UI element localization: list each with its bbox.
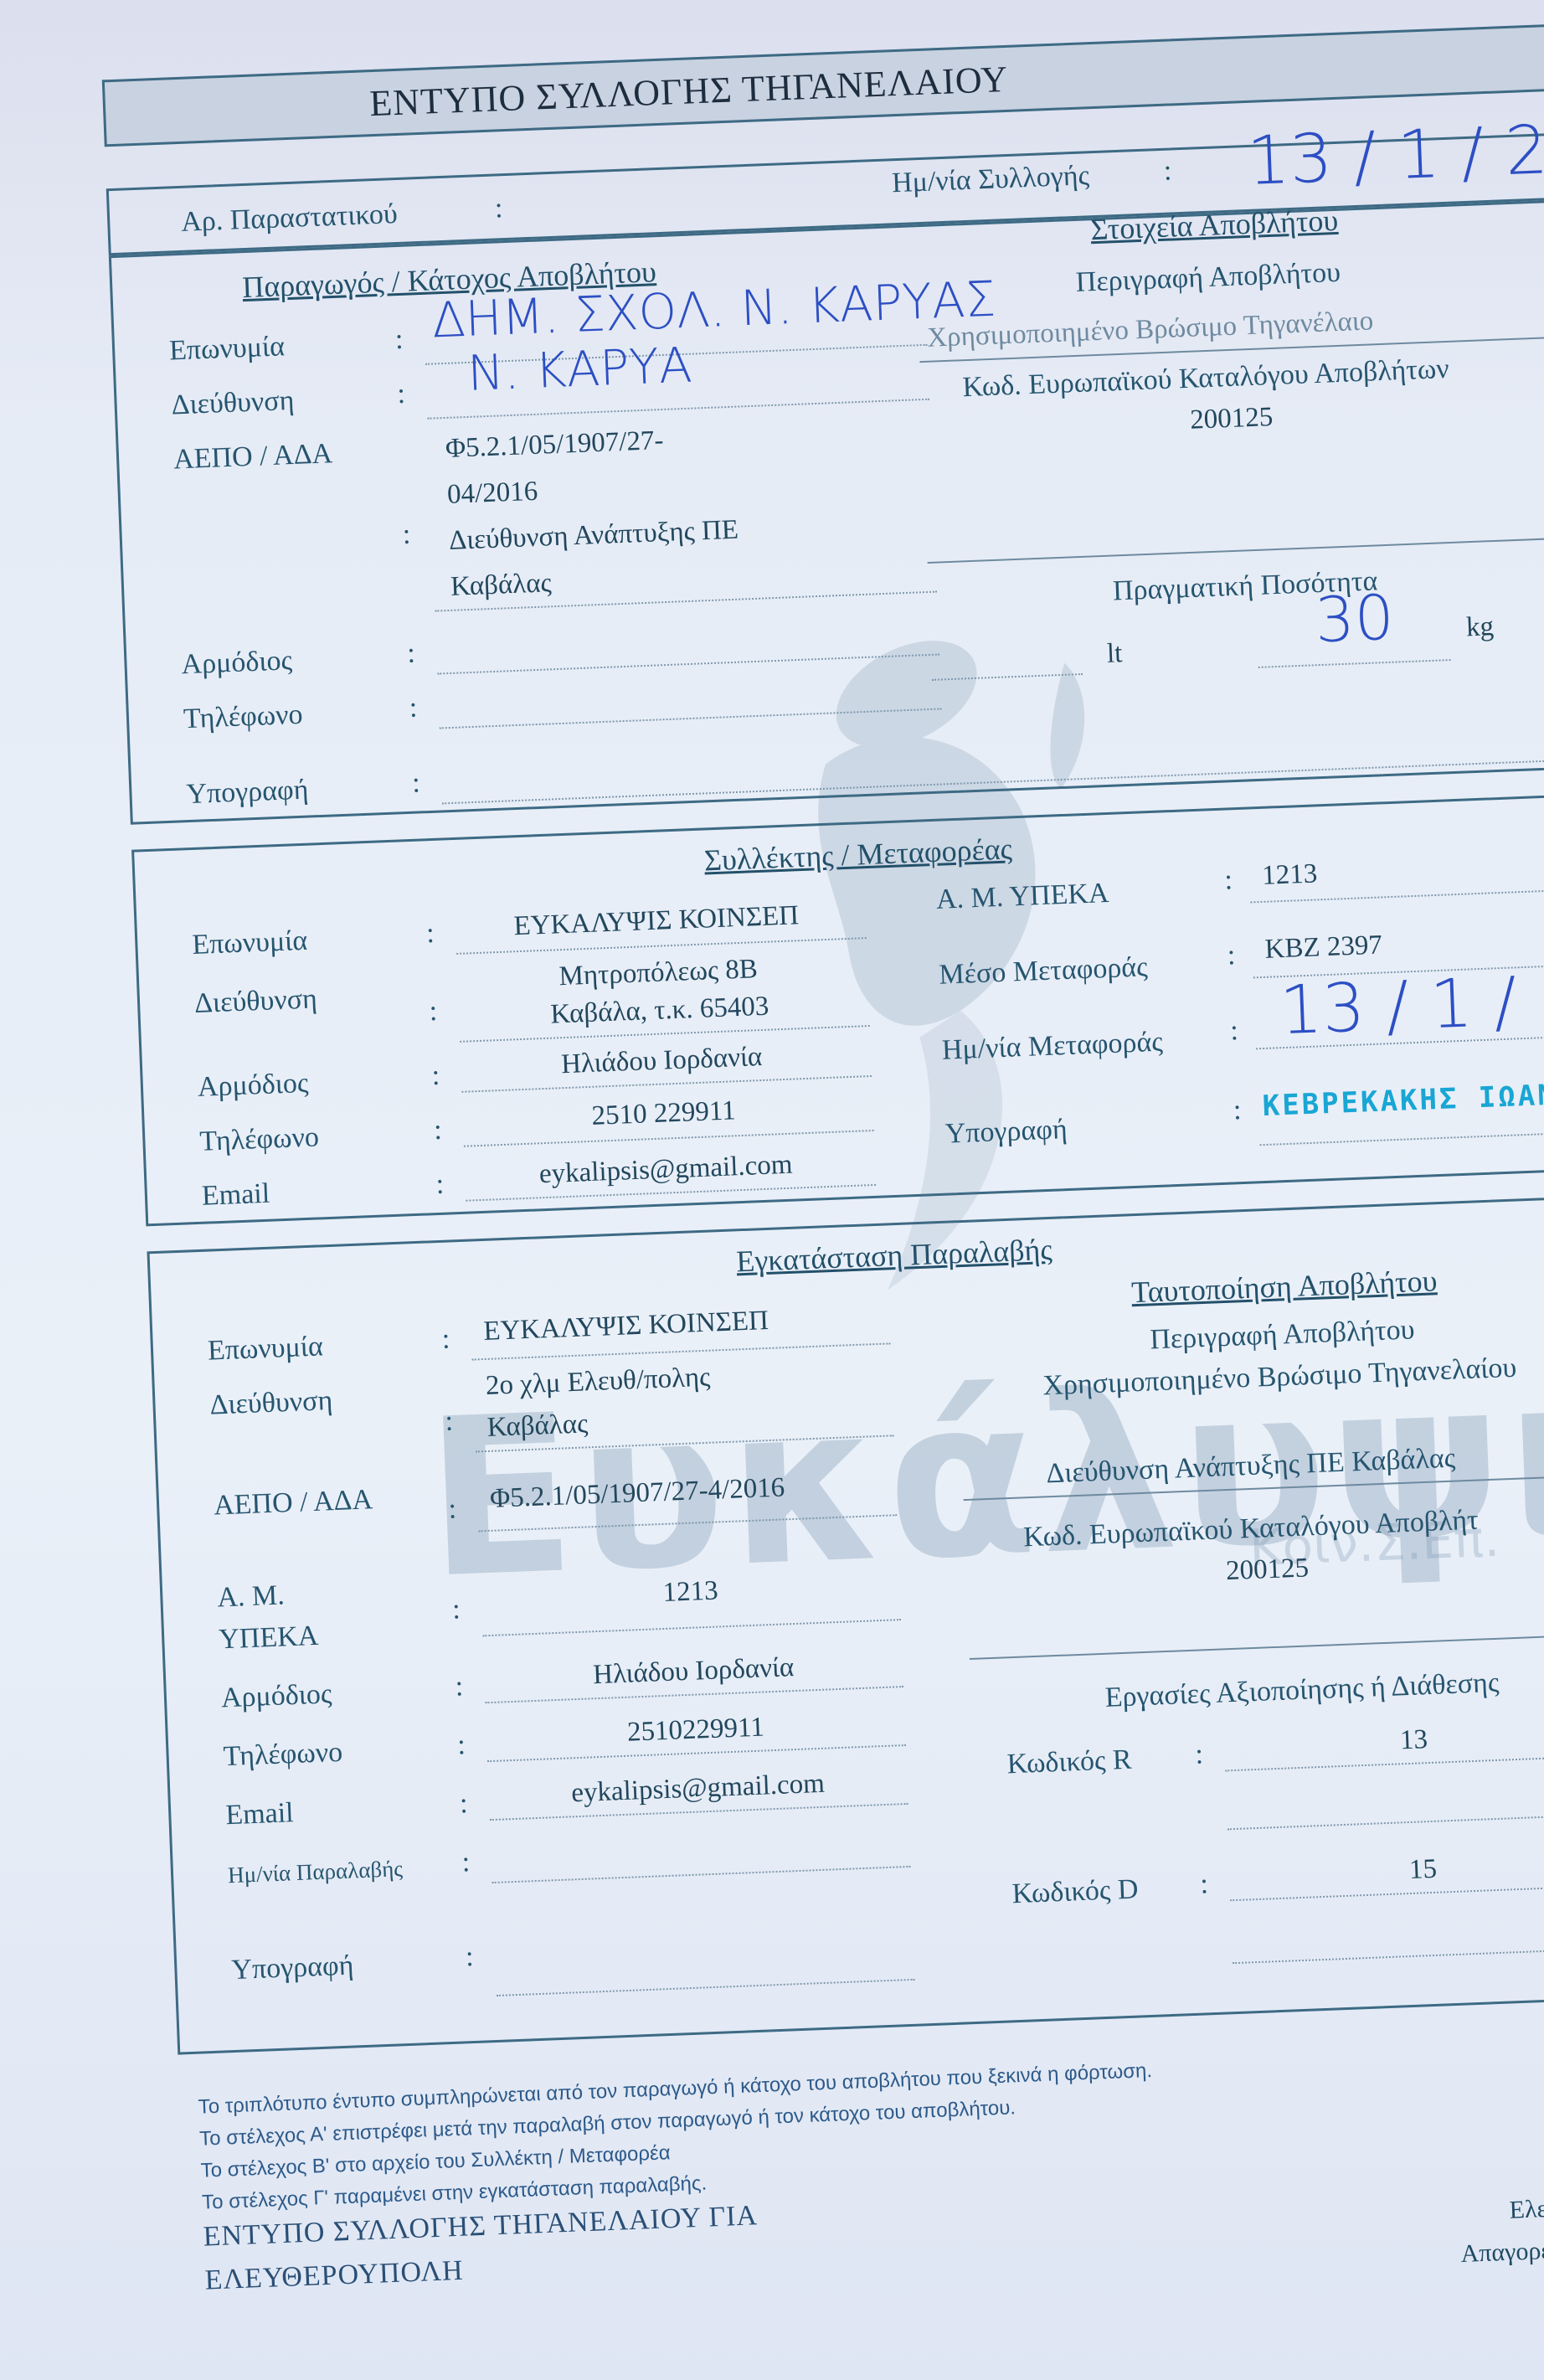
facility-address-value-1: 2ο χλμ Ελευθ/πολης xyxy=(485,1363,711,1402)
collector-registry-value: 1213 xyxy=(1262,858,1318,892)
vehicle-label: Μέσο Μεταφοράς xyxy=(939,951,1148,992)
colon: : xyxy=(448,1493,457,1525)
colon: : xyxy=(433,1115,442,1146)
colon: : xyxy=(409,693,418,724)
form-title: ΕΝΤΥΠΟ ΣΥΛΛΟΓΗΣ ΤΗΓΑΝΕΛΑΙΟΥ xyxy=(368,57,1009,124)
producer-signature-field[interactable] xyxy=(442,758,1544,805)
kg-field[interactable]: 30 xyxy=(1314,582,1395,657)
collector-responsible-label: Αρμόδιος xyxy=(197,1068,309,1104)
producer-aepo-value-4: Καβάλας xyxy=(450,568,553,603)
producer-phone-field[interactable] xyxy=(440,708,942,729)
colon: : xyxy=(455,1671,464,1703)
collector-signature-stamp: ΚΕΒΡΕΚΑΚΗΣ ΙΩΑΝ xyxy=(1262,1079,1544,1123)
collector-section: Συλλέκτης / Μεταφορέας Επωνυμία : ΕΥΚΑΛΥ… xyxy=(131,792,1544,1227)
transport-date-label: Ημ/νία Μεταφοράς xyxy=(941,1027,1163,1067)
d-code-value: 15 xyxy=(1408,1854,1437,1886)
waste-ewc-label: Κωδ. Ευρωπαϊκού Καταλόγου Αποβλήτων xyxy=(962,353,1449,404)
facility-section: Εγκατάσταση Παραλαβής Επωνυμία : ΕΥΚΑΛΥΨ… xyxy=(147,1193,1544,2054)
producer-section: Παραγωγός / Κάτοχος Αποβλήτου Επωνυμία :… xyxy=(109,198,1544,825)
collector-name-label: Επωνυμία xyxy=(192,925,308,961)
facility-email-label: Email xyxy=(225,1797,295,1831)
facility-responsible-label: Αρμόδιος xyxy=(220,1678,332,1714)
field-underline xyxy=(1233,1945,1544,1964)
collector-heading: Συλλέκτης / Μεταφορέας xyxy=(703,831,1012,878)
collector-phone-label: Τηλέφωνο xyxy=(199,1121,320,1157)
colon: : xyxy=(465,1941,474,1973)
field-underline xyxy=(928,536,1544,564)
field-underline xyxy=(428,399,930,420)
collector-email-label: Email xyxy=(201,1178,270,1213)
facility-phone-label: Τηλέφωνο xyxy=(223,1737,343,1773)
colon: : xyxy=(1200,1868,1209,1900)
producer-address-field[interactable]: Ν. ΚΑΡΥΑ xyxy=(466,337,692,402)
colon: : xyxy=(1195,1739,1204,1770)
producer-responsible-label: Αρμόδιος xyxy=(181,645,293,681)
footer-right-line-2: Απαγορεύεται xyxy=(1460,2234,1544,2269)
collector-address-label: Διεύθυνση xyxy=(193,983,317,1020)
colon: : xyxy=(397,379,406,410)
facility-registry-value: 1213 xyxy=(481,1569,900,1615)
colon: : xyxy=(451,1594,461,1625)
form-page: Ευκάλυψις Κοιν.Σ.Επ. ΕΝΤΥΠΟ ΣΥΛΛΟΓΗΣ ΤΗΓ… xyxy=(0,0,1544,2378)
identification-heading: Ταυτοποίηση Αποβλήτου xyxy=(1130,1263,1438,1310)
facility-aepo-label: ΑΕΠΟ / ΑΔΑ xyxy=(214,1484,373,1522)
transport-date-field[interactable]: 13 / 1 / xyxy=(1279,962,1518,1049)
operations-label: Εργασίες Αξιοποίησης ή Διάθεσης xyxy=(1104,1667,1500,1714)
colon: : xyxy=(431,1060,440,1092)
field-underline xyxy=(1227,1811,1544,1830)
colon: : xyxy=(407,638,416,670)
facility-address-value-2: Καβάλας xyxy=(486,1409,589,1444)
colon: : xyxy=(1224,864,1233,896)
producer-aepo-value-2: 04/2016 xyxy=(446,477,538,511)
field-underline xyxy=(479,1514,898,1532)
collector-name-value: ΕΥΚΑΛΥΨΙΣ ΚΟΙΝΣΕΠ xyxy=(455,899,857,945)
doc-number-label: Αρ. Παραστατικού xyxy=(181,198,399,239)
facility-registry-label-1: Α. Μ. xyxy=(217,1579,286,1614)
producer-aepo-value-1: Φ5.2.1/05/1907/27- xyxy=(445,425,664,465)
vehicle-value: ΚΒΖ 2397 xyxy=(1264,930,1383,965)
colon: : xyxy=(494,193,503,224)
facility-signature-field[interactable] xyxy=(497,1979,915,1996)
colon: : xyxy=(1163,155,1172,187)
receipt-date-field[interactable] xyxy=(492,1866,911,1883)
r-code-label: Κωδικός R xyxy=(1006,1744,1132,1781)
field-underline xyxy=(1258,659,1451,668)
liters-field[interactable] xyxy=(932,673,1083,681)
producer-address-label: Διεύθυνση xyxy=(171,385,295,422)
facility-heading: Εγκατάσταση Παραλαβής xyxy=(736,1232,1053,1279)
colon: : xyxy=(1230,1015,1239,1047)
collector-signature-field[interactable] xyxy=(1260,1130,1544,1146)
identification-ewc-value: 200125 xyxy=(1225,1553,1309,1587)
producer-name-label: Επωνυμία xyxy=(169,331,286,367)
colon: : xyxy=(412,767,421,799)
identification-description-label: Περιγραφή Αποβλήτου xyxy=(1150,1314,1415,1356)
producer-signature-label: Υπογραφή xyxy=(186,775,309,811)
facility-name-value: ΕΥΚΑΛΥΨΙΣ ΚΟΙΝΣΕΠ xyxy=(483,1306,769,1347)
d-code-label: Κωδικός D xyxy=(1011,1873,1139,1910)
identification-ewc-label: Κωδ. Ευρωπαϊκού Καταλόγου Αποβλήτ xyxy=(1023,1505,1480,1554)
collection-date-label: Ημ/νία Συλλογής xyxy=(891,160,1089,199)
field-underline xyxy=(1230,1883,1544,1901)
field-underline xyxy=(970,1632,1544,1660)
producer-phone-label: Τηλέφωνο xyxy=(183,699,303,735)
colon: : xyxy=(459,1788,468,1820)
producer-aepo-value-3: Διεύθυνση Ανάπτυξης ΠΕ xyxy=(448,515,739,557)
waste-description-label: Περιγραφή Αποβλήτου xyxy=(1075,257,1341,299)
producer-responsible-field[interactable] xyxy=(437,654,939,675)
colon: : xyxy=(461,1847,471,1878)
field-underline xyxy=(1225,1753,1544,1771)
colon: : xyxy=(402,519,411,551)
identification-description-value: Χρησιμοποιημένο Βρώσιμο Τηγανελαίου xyxy=(1042,1352,1517,1403)
r-code-value: 13 xyxy=(1399,1724,1428,1756)
facility-name-label: Επωνυμία xyxy=(207,1331,323,1367)
kg-unit: kg xyxy=(1465,611,1494,643)
receipt-date-label: Ημ/νία Παραλαβής xyxy=(228,1856,404,1888)
colon: : xyxy=(394,324,404,356)
footer-title-line-2: ΕΛΕΥΘΕΡΟΥΠΟΛΗ xyxy=(204,2255,464,2297)
facility-address-label: Διεύθυνση xyxy=(209,1385,333,1422)
colon: : xyxy=(445,1405,454,1437)
producer-aepo-label: ΑΕΠΟ / ΑΔΑ xyxy=(173,438,333,476)
colon: : xyxy=(1233,1095,1242,1126)
colon: : xyxy=(435,1169,445,1201)
colon: : xyxy=(457,1729,466,1761)
collection-date-field[interactable]: 13 / 1 / 202 xyxy=(1246,107,1544,200)
facility-aepo-value: Φ5.2.1/05/1907/27-4/2016 xyxy=(489,1472,785,1514)
colon: : xyxy=(425,918,435,950)
facility-registry-label-2: ΥΠΕΚΑ xyxy=(219,1620,319,1656)
collector-phone-value: 2510 229911 xyxy=(462,1090,865,1136)
colon: : xyxy=(441,1324,450,1356)
collector-signature-label: Υπογραφή xyxy=(944,1114,1068,1151)
colon: : xyxy=(429,996,438,1028)
facility-signature-label: Υπογραφή xyxy=(231,1950,354,1987)
colon: : xyxy=(1227,940,1236,971)
waste-ewc-value: 200125 xyxy=(1190,402,1274,436)
field-underline xyxy=(482,1619,901,1636)
liters-unit: lt xyxy=(1106,638,1123,670)
footer-right-line-1: Ελεγχόμενο xyxy=(1509,2192,1544,2224)
collector-registry-label: Α. Μ. ΥΠΕΚΑ xyxy=(935,878,1109,916)
